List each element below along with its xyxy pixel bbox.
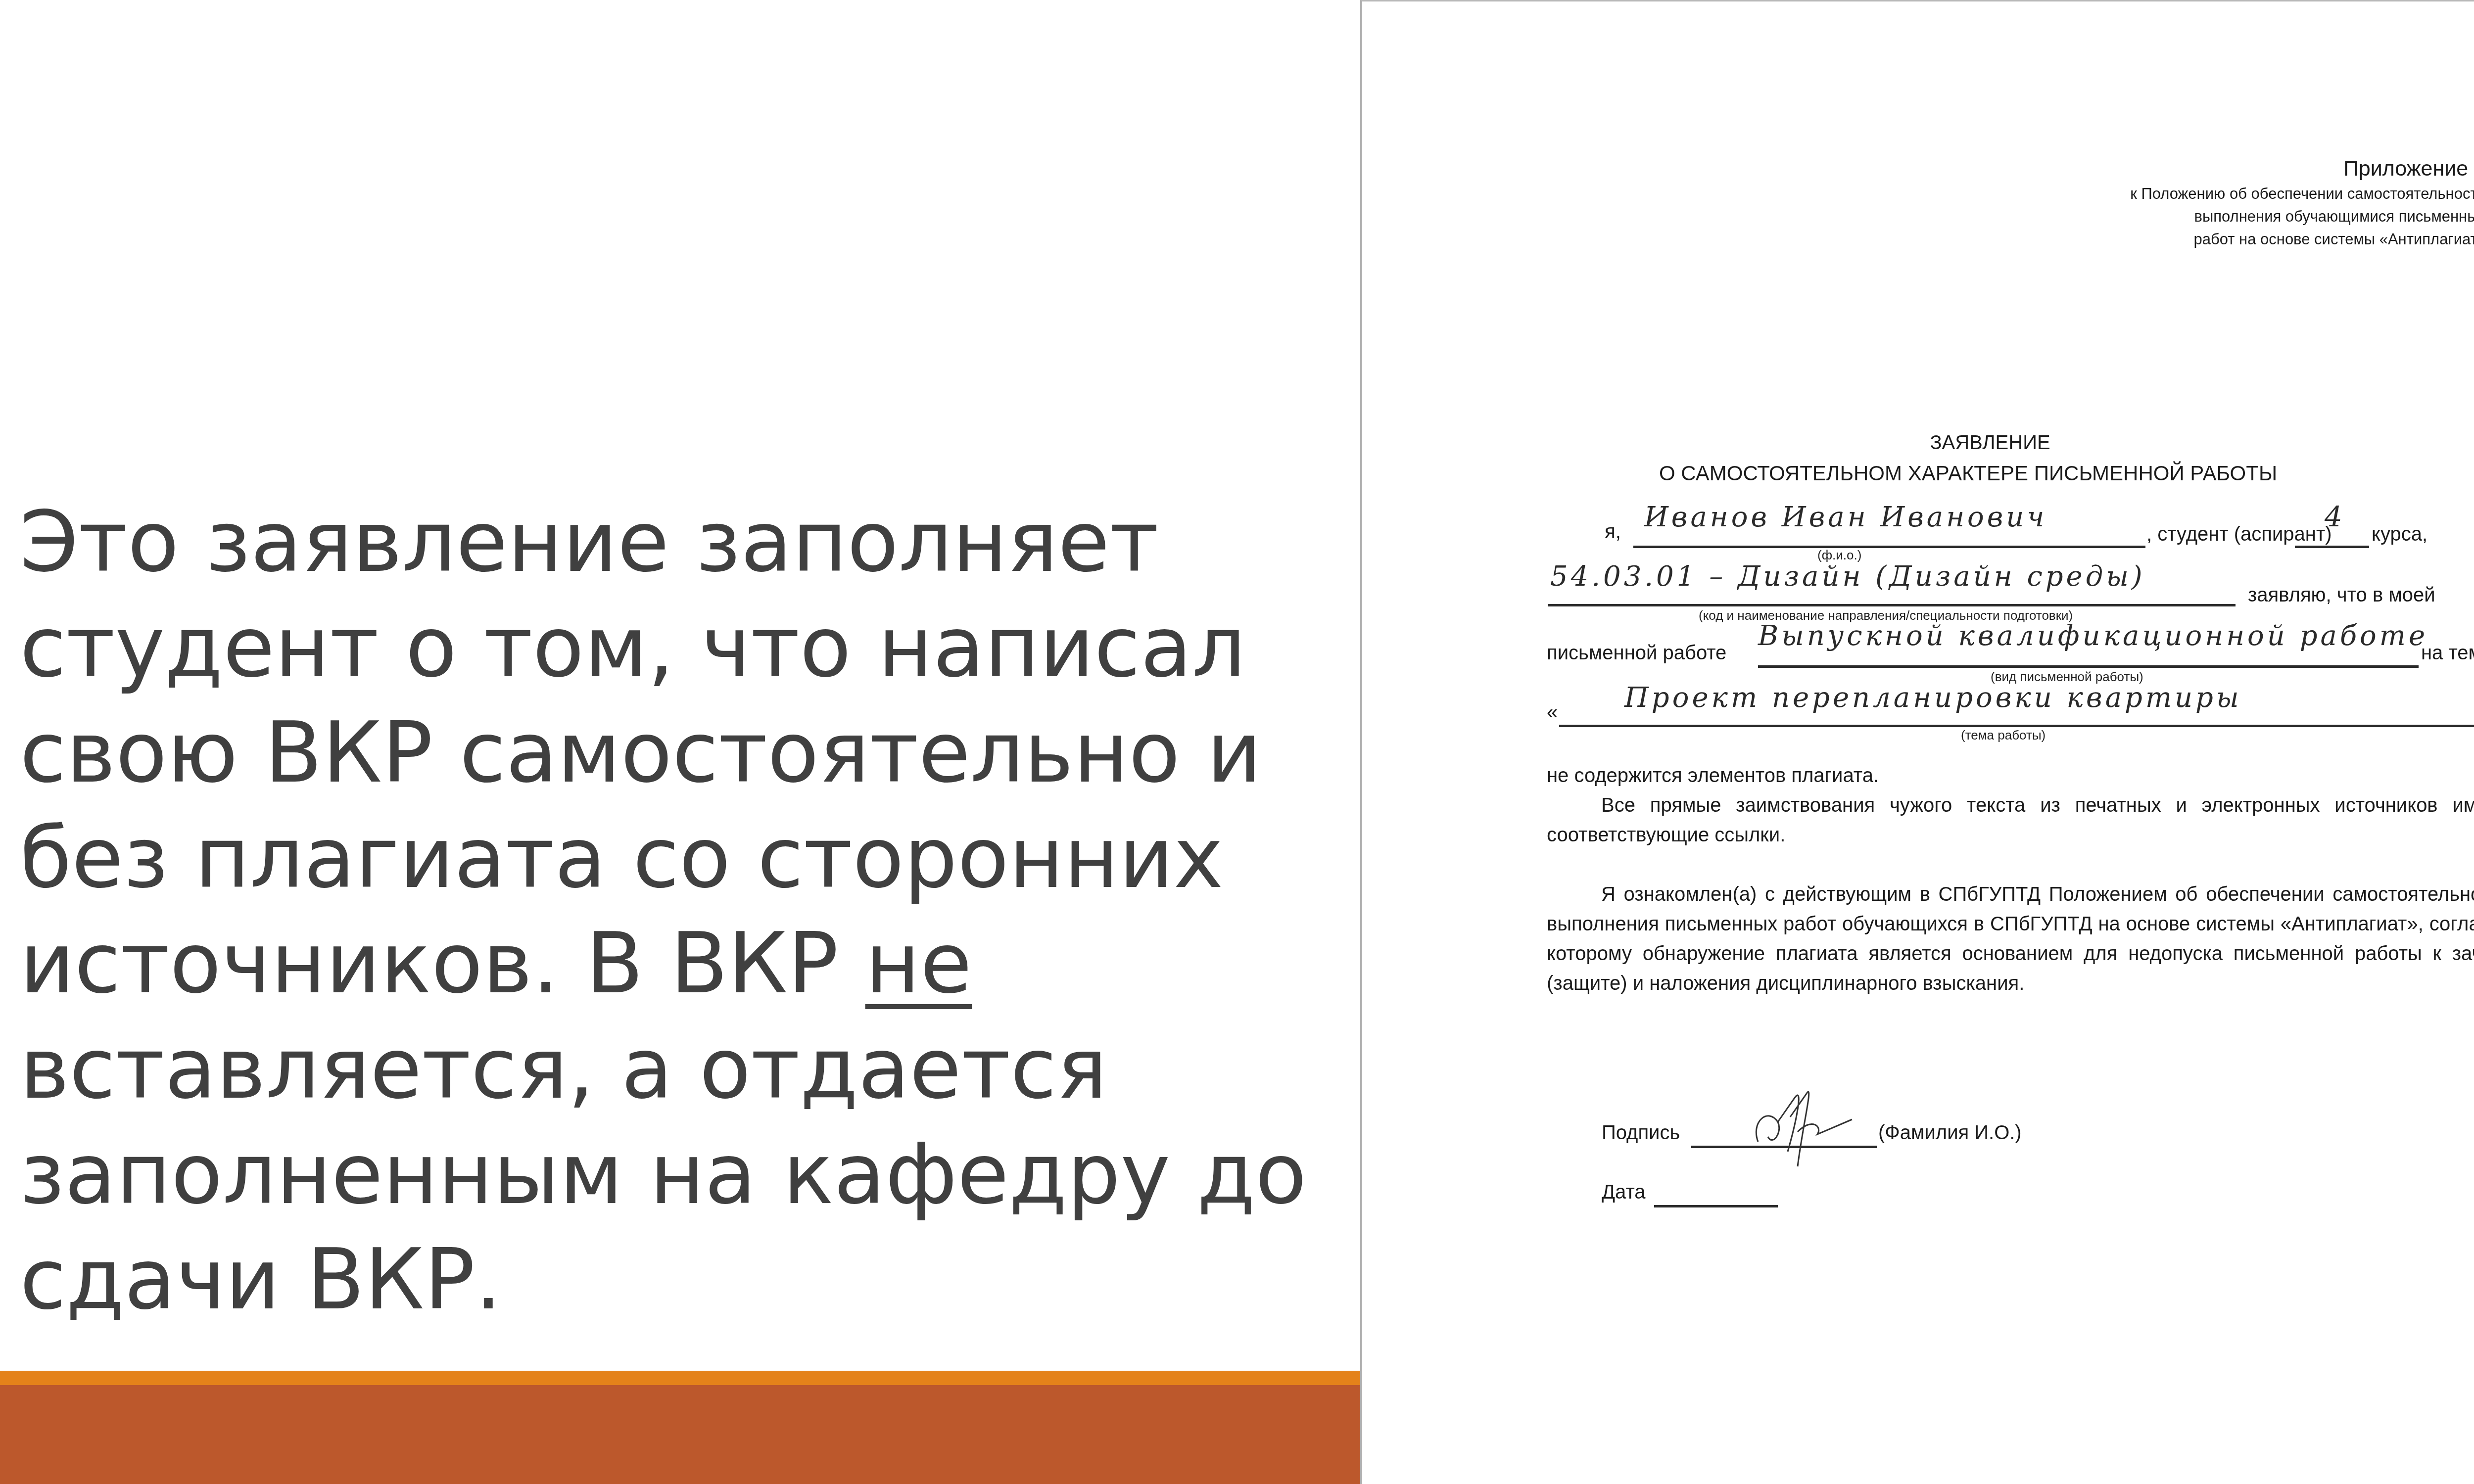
paragraph-2: Все прямые заимствования чужого текста и… — [1547, 790, 2474, 850]
work-type-underline — [1758, 665, 2419, 668]
body-text-part1: Это заявление заполняет студент о том, ч… — [20, 493, 1262, 1013]
course-underline — [2295, 546, 2369, 548]
appendix-line-1: к Положению об обеспечении самостоятельн… — [2130, 183, 2474, 205]
paragraph-2-text: Все прямые заимствования чужого текста и… — [1547, 794, 2474, 846]
program-underline — [1548, 604, 2236, 606]
appendix-line-2: выполнения обучающимися письменных — [2130, 205, 2474, 228]
heading-line-2: О САМОСТОЯТЕЛЬНОМ ХАРАКТЕРЕ ПИСЬМЕННОЙ Р… — [1362, 462, 2474, 485]
body-text-underlined: не — [865, 915, 972, 1013]
topic-caption: (тема работы) — [1961, 728, 2046, 743]
quote-open: « — [1547, 701, 1558, 724]
heading-line-1: ЗАЯВЛЕНИЕ — [1362, 432, 2474, 454]
course-label: курса, — [2372, 523, 2427, 546]
paragraph-1: не содержится элементов плагиата. — [1547, 761, 2474, 790]
slide-body-text: Это заявление заполняет студент о том, ч… — [20, 490, 1356, 1333]
body-text-part2: вставляется, а отдается заполненным на к… — [20, 1020, 1307, 1329]
appendix-title: Приложение 1 — [2130, 155, 2474, 183]
paragraph-3: Я ознакомлен(а) с действующим в СПбГУПТД… — [1547, 880, 2474, 998]
course-value: 4 — [2325, 501, 2345, 533]
scanned-document: Приложение 1 к Положению об обеспечении … — [1360, 0, 2474, 1484]
name-underline — [1633, 546, 2145, 548]
work-label: письменной работе — [1547, 642, 1726, 664]
date-label: Дата — [1602, 1181, 1646, 1204]
topic-underline — [1559, 725, 2474, 727]
signature-caption: (Фамилия И.О.) — [1878, 1122, 2022, 1144]
student-label: , студент (аспирант) — [2146, 523, 2332, 546]
signature-scribble-icon — [1748, 1087, 1857, 1171]
work-type-value: Выпускной квалификационной работе — [1758, 620, 2428, 652]
prefix-ya: я, — [1605, 521, 1621, 543]
program-value: 54.03.01 – Дизайн (Дизайн среды) — [1550, 560, 2145, 593]
appendix-line-3: работ на основе системы «Антиплагиат» — [2130, 228, 2474, 251]
date-underline — [1654, 1205, 1778, 1207]
paragraph-3-text: Я ознакомлен(а) с действующим в СПбГУПТД… — [1547, 883, 2474, 994]
topic-value: Проект перепланировки квартиры — [1624, 682, 2242, 714]
name-value: Иванов Иван Иванович — [1644, 501, 2047, 533]
signature-label: Подпись — [1602, 1122, 1680, 1144]
declare-label: заявляю, что в моей — [2248, 584, 2435, 606]
appendix-header: Приложение 1 к Положению об обеспечении … — [2130, 155, 2474, 251]
topic-label: на тему — [2421, 642, 2474, 664]
